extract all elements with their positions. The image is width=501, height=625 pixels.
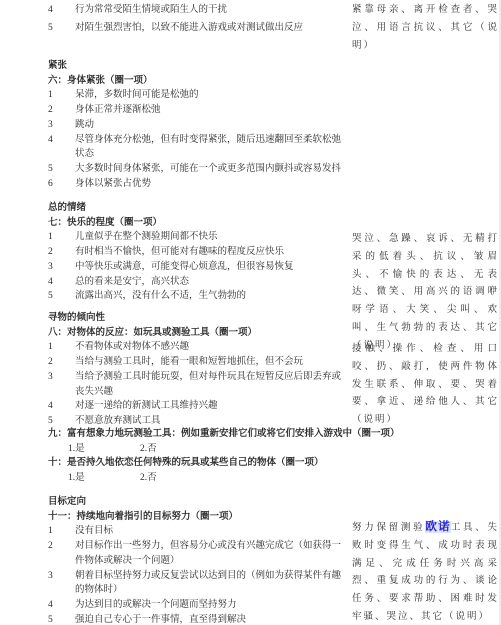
item-number: 6 — [48, 177, 75, 192]
item-text: 尽管身体充分松弛，但有时变得紧张，随后迅速翻回至柔软松弛状态 — [75, 133, 350, 162]
item-number: 3 — [48, 260, 75, 275]
list-item: 2 对目标作出一些努力，但容易分心或没有兴趣完成它（如获得一件物体或解决一个问题… — [48, 539, 350, 568]
item-text: 当给予测验工具时能玩耍，但对每件玩具在短暂反应后即丢弃或丧失兴趣 — [75, 370, 350, 399]
item-number: 4 — [48, 275, 75, 290]
list-item: 1 呆滞，多数时间可能是松弛的 — [48, 88, 350, 103]
section-title: 八：对物体的反应：如玩具或测验工具（圈一项） — [48, 326, 350, 341]
item-text: 强迫自己专心于一件事情，直至得到解决 — [75, 613, 350, 625]
item-text: 当给与测验工具时，能看一眼和短暂地抓住，但不会玩 — [75, 355, 350, 370]
item-text: 跳动 — [75, 118, 350, 133]
item-number: 1 — [48, 524, 75, 539]
item-number: 1 — [48, 88, 75, 103]
section-intro-items: 4 行为常常受陌生情境或陌生人的干扰 5 对陌生强烈害怕，以致不能进入游戏或对测… — [48, 1, 350, 38]
section-yes-no-questions: 九：富有想象力地玩测验工具：例如重新安排它们或将它们安排入游戏中（圈一项） 1.… — [48, 427, 478, 486]
section-header: 寻物的倾向性 — [48, 311, 350, 326]
item-text: 没有目标 — [75, 524, 350, 539]
list-item: 4 行为常常受陌生情境或陌生人的干扰 — [48, 1, 350, 19]
item-number: 2 — [48, 103, 75, 118]
section-body-tension: 紧张 六：身体紧张（圈一项） 1 呆滞，多数时间可能是松弛的 2 身体正常并逐渐… — [48, 59, 350, 191]
list-item: 1 没有目标 — [48, 524, 350, 539]
option-row: 1.是2.否 — [48, 471, 478, 486]
item-text: 行为常常受陌生情境或陌生人的干扰 — [75, 1, 350, 19]
item-number: 5 — [48, 289, 75, 304]
list-item: 1 儿童似乎在整个测验期间都不快乐 — [48, 230, 350, 245]
list-item: 3 朝着目标坚持努力或反复尝试以达到目的（例如为获得某件有趣的物体时） — [48, 569, 350, 598]
list-item: 2 身体正常并逐渐松弛 — [48, 103, 350, 118]
section-title: 九：富有想象力地玩测验工具：例如重新安排它们或将它们安排入游戏中（圈一项） — [48, 427, 478, 442]
item-text: 不看物体或对物体不感兴趣 — [75, 340, 350, 355]
section-header: 总的情绪 — [48, 201, 350, 216]
annotation-text: 工具、失败时变得生气、成功时表现满足、完成任务时兴高采烈、重复成功的行为、谈论任… — [352, 523, 499, 622]
list-item: 5 大多数时间身体紧张，可能在一个或更多范围内颤抖或容易发抖 — [48, 162, 350, 177]
option-no: 2.否 — [140, 444, 157, 454]
item-number: 4 — [48, 399, 75, 414]
item-number: 2 — [48, 245, 75, 260]
section-goal-direction: 目标定向 十一：持续地向着指引的目标努力（圈一项） 1 没有目标 2 对目标作出… — [48, 495, 350, 625]
item-number: 1 — [48, 340, 75, 355]
margin-annotation: 哭泣、急躁、哀诉、无精打采的低着头、抗议、皱眉头、不愉快的表达、无表达、微笑、用… — [352, 231, 499, 356]
item-number: 5 — [48, 162, 75, 177]
section-header: 目标定向 — [48, 495, 350, 510]
item-number: 5 — [48, 613, 75, 625]
list-item: 5 对陌生强烈害怕，以致不能进入游戏或对测试做出反应 — [48, 19, 350, 37]
item-text: 对目标作出一些努力，但容易分心或没有兴趣完成它（如获得一件物体或解决一个问题） — [75, 539, 350, 568]
section-title: 十：是否持久地依恋任何特殊的玩具或某些自己的物体（圈一项） — [48, 456, 478, 471]
item-number: 3 — [48, 569, 75, 598]
item-text: 对逐一递给的新测试工具维持兴趣 — [75, 399, 350, 414]
section-general-emotion: 总的情绪 七：快乐的程度（圈一项） 1 儿童似乎在整个测验期间都不快乐 2 有时… — [48, 201, 350, 304]
list-item: 4 尽管身体充分松弛，但有时变得紧张，随后迅速翻回至柔软松弛状态 — [48, 133, 350, 162]
item-text: 有时相当不愉快，但可能对有趣味的程度反应快乐 — [75, 245, 350, 260]
annotation-text: 努力保留测验 — [352, 523, 425, 533]
list-item: 2 当给与测验工具时，能看一眼和短暂地抓住，但不会玩 — [48, 355, 350, 370]
item-text: 朝着目标坚持努力或反复尝试以达到目的（例如为获得某件有趣的物体时） — [75, 569, 350, 598]
list-item: 4 总的看来是安宁，高兴状态 — [48, 275, 350, 290]
list-item: 3 当给予测验工具时能玩耍，但对每件玩具在短暂反应后即丢弃或丧失兴趣 — [48, 370, 350, 399]
item-number: 2 — [48, 539, 75, 568]
list-item: 3 跳动 — [48, 118, 350, 133]
margin-annotation: 紧靠母亲、离开检查者、哭泣、用语言抗议、其它（说明） — [352, 2, 499, 55]
list-item: 2 有时相当不愉快，但可能对有趣味的程度反应快乐 — [48, 245, 350, 260]
item-number: 3 — [48, 370, 75, 399]
item-text: 中等快乐或满意，可能变得心烦意乱，但很容易恢复 — [75, 260, 350, 275]
section-object-orientation: 寻物的倾向性 八：对物体的反应：如玩具或测验工具（圈一项） 1 不看物体或对物体… — [48, 311, 350, 429]
option-yes: 1.是 — [68, 471, 140, 486]
list-item: 4 对逐一递给的新测试工具维持兴趣 — [48, 399, 350, 414]
list-item: 1 不看物体或对物体不感兴趣 — [48, 340, 350, 355]
item-text: 流露出高兴，没有什么不适，生气勃勃的 — [75, 289, 350, 304]
item-text: 身体正常并逐渐松弛 — [75, 103, 350, 118]
section-title: 六：身体紧张（圈一项） — [48, 74, 350, 89]
item-number: 4 — [48, 133, 75, 162]
option-no: 2.否 — [140, 473, 157, 483]
item-text: 对陌生强烈害怕，以致不能进入游戏或对测试做出反应 — [75, 19, 350, 37]
item-number: 3 — [48, 118, 75, 133]
option-yes: 1.是 — [68, 442, 140, 457]
inserted-text-highlight: 欧诺 — [425, 521, 450, 533]
item-text: 大多数时间身体紧张，可能在一个或更多范围内颤抖或容易发抖 — [75, 162, 350, 177]
list-item: 5 流露出高兴，没有什么不适，生气勃勃的 — [48, 289, 350, 304]
section-header: 紧张 — [48, 59, 350, 74]
item-number: 4 — [48, 1, 75, 19]
item-number: 5 — [48, 19, 75, 37]
questionnaire-page: 4 行为常常受陌生情境或陌生人的干扰 5 对陌生强烈害怕，以致不能进入游戏或对测… — [0, 0, 501, 625]
item-text: 儿童似乎在整个测验期间都不快乐 — [75, 230, 350, 245]
list-item: 4 为达到目的或解决一个问题而坚持努力 — [48, 598, 350, 613]
list-item: 6 身体以紧张占优势 — [48, 177, 350, 192]
margin-annotation: 接触、操作、检查、用口咬、扔、敲打，使两件物体发生联系、伸取、要、哭着要、拿近、… — [352, 341, 499, 430]
item-text: 为达到目的或解决一个问题而坚持努力 — [75, 598, 350, 613]
item-text: 身体以紧张占优势 — [75, 177, 350, 192]
section-title: 七：快乐的程度（圈一项） — [48, 216, 350, 231]
item-number: 1 — [48, 230, 75, 245]
item-text: 总的看来是安宁，高兴状态 — [75, 275, 350, 290]
option-row: 1.是2.否 — [48, 442, 478, 457]
item-number: 2 — [48, 355, 75, 370]
margin-annotation: 努力保留测验欧诺工具、失败时变得生气、成功时表现满足、完成任务时兴高采烈、重复成… — [352, 519, 499, 625]
list-item: 3 中等快乐或满意，可能变得心烦意乱，但很容易恢复 — [48, 260, 350, 275]
item-text: 呆滞，多数时间可能是松弛的 — [75, 88, 350, 103]
list-item: 5 强迫自己专心于一件事情，直至得到解决 — [48, 613, 350, 625]
item-number: 4 — [48, 598, 75, 613]
section-title: 十一：持续地向着指引的目标努力（圈一项） — [48, 510, 350, 525]
